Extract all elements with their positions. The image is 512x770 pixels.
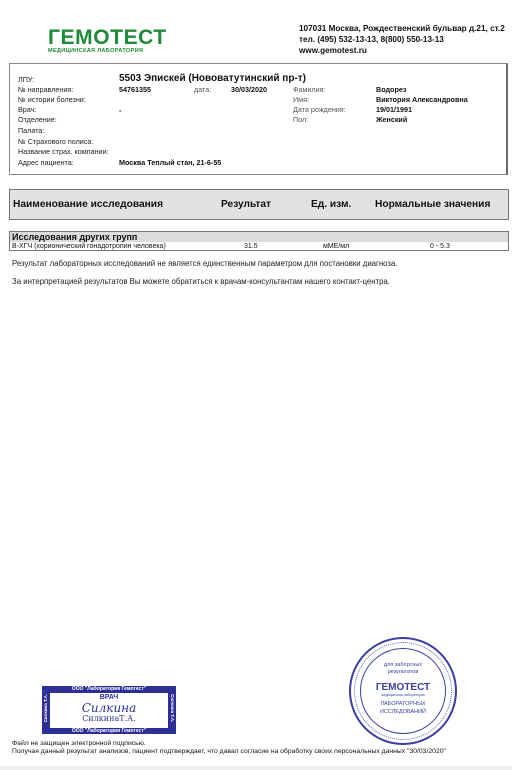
footer-signature-note: Файл не защищен электронной подписью. [12, 740, 146, 748]
sex-value: Женский [376, 115, 407, 124]
header-unit: Ед. изм. [311, 199, 351, 210]
gemotest-logo: ГЕМОТЕСТ МЕДИЦИНСКАЯ ЛАБОРАТОРИЯ [48, 28, 178, 55]
label-history-no: № истории болезни: [18, 95, 86, 104]
results-table-header: Наименование исследования Результат Ед. … [9, 189, 509, 220]
label-department: Отделение: [18, 115, 57, 124]
stamp-org-top: ООО "Лаборатория Гемотест" [42, 686, 176, 693]
label-insurance-policy: № Страхового полиса: [18, 137, 93, 146]
patient-address-value: Москва Теплый стан, 21-6-55 [119, 158, 221, 167]
label-birth-date: Дата рождения: [293, 105, 346, 114]
round-stamp-brand-sub: медицинская лаборатория [351, 693, 455, 697]
logo-wordmark: ГЕМОТЕСТ [48, 28, 178, 48]
label-lpu: ЛПУ: [18, 75, 34, 84]
test-normal-range: 0 - 5.3 [430, 242, 450, 251]
label-patient-address: Адрес пациента: [18, 158, 74, 167]
lab-phones: тел. (495) 532-13-13, 8(800) 550-13-13 [299, 34, 505, 45]
lab-website: www.gemotest.ru [299, 45, 505, 56]
first-name-value: Виктория Александровна [376, 95, 468, 104]
label-referral-no: № направления: [18, 85, 73, 94]
round-stamp-bottom-2: ИССЛЕДОВАНИЙ [351, 709, 455, 716]
label-sex: Пол: [293, 115, 308, 124]
stamp-side-right: Силкина Т.А. [170, 694, 175, 722]
note-consultation: За интерпретацией результатов Вы можете … [12, 277, 390, 286]
round-stamp-brand: ГЕМОТЕСТ [351, 682, 455, 693]
round-stamp-bottom-1: ЛАБОРАТОРНЫХ [351, 701, 455, 708]
date-value: 30/03/2020 [231, 85, 267, 94]
doctor-signature: Силкина [50, 702, 168, 714]
doctor-value: - [119, 106, 121, 115]
birth-date-value: 19/01/1991 [376, 105, 412, 114]
test-unit: мМЕ/мл [323, 242, 349, 251]
stamp-side-left: Силкина Т.А. [43, 694, 48, 722]
note-disclaimer: Результат лабораторных исследований не я… [12, 259, 398, 268]
stamp-body: ВРАЧ Силкина СилкинаТ.А. [50, 693, 168, 728]
round-stamp-top-2: результатов [351, 669, 455, 676]
header-result: Результат [221, 199, 271, 210]
logo-tagline: МЕДИЦИНСКАЯ ЛАБОРАТОРИЯ [48, 48, 178, 55]
referral-no-value: 54761355 [119, 85, 151, 94]
date-label: дата: [194, 85, 211, 94]
header-test-name: Наименование исследования [13, 199, 163, 210]
results-group: Исследования других групп B-ХГЧ (хориони… [9, 231, 509, 251]
label-insurance-company: Название страх. компании: [18, 147, 109, 156]
doctor-stamp: ООО "Лаборатория Гемотест" Силкина Т.А. … [42, 686, 176, 734]
group-title: Исследования других групп [10, 232, 508, 242]
test-name: B-ХГЧ (хорионический гонадотропин челове… [12, 242, 166, 251]
label-surname: Фамилия: [293, 85, 326, 94]
label-doctor: Врач: [18, 105, 36, 114]
lab-address: 107031 Москва, Рождественский бульвар д.… [299, 23, 505, 34]
lab-contact-info: 107031 Москва, Рождественский бульвар д.… [299, 23, 505, 57]
patient-info-box: ЛПУ: № направления: № истории болезни: В… [9, 63, 508, 175]
label-ward: Палата: [18, 126, 44, 135]
test-result: 31.5 [244, 242, 258, 251]
stamp-org-bottom: ООО "Лаборатория Гемотест" [42, 728, 176, 735]
header-normal-range: Нормальные значения [375, 199, 490, 210]
round-lab-stamp: для заборсных результатов ГЕМОТЕСТ медиц… [349, 637, 457, 745]
lpu-value: 5503 Эпискей (Нововатутинский пр-т) [119, 73, 306, 85]
footer-consent-note: Получая данный результат анализов, пацие… [12, 748, 446, 756]
label-first-name: Имя: [293, 95, 309, 104]
round-stamp-top-1: для заборсных [351, 662, 455, 669]
stamp-doctor-name: СилкинаТ.А. [50, 714, 168, 724]
page-bottom-edge [0, 766, 512, 770]
surname-value: Водорез [376, 85, 406, 94]
